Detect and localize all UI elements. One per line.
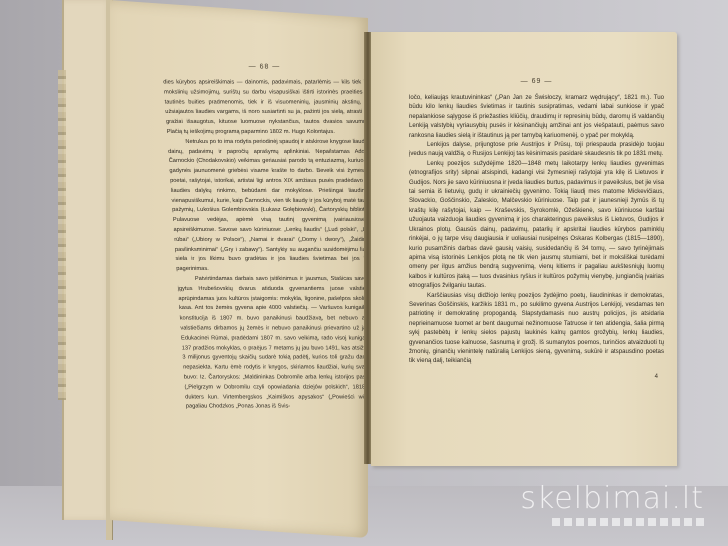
- right-paragraph: Lenkų poezijos sužydėjime 1820—1848 metų…: [409, 159, 664, 291]
- photo-scene: — 68 — dies kūrybos apsireiškimais — dai…: [0, 0, 728, 546]
- left-page-content: — 68 — dies kūrybos apsireiškimais — dai…: [162, 64, 391, 413]
- book-torn-edge: [62, 0, 112, 520]
- watermark-text: skelbimai.lt: [520, 481, 704, 516]
- right-page-number: — 69 —: [409, 78, 664, 85]
- left-paragraph: dies kūrybos apsireiškimais — dainomis, …: [163, 79, 372, 138]
- right-paragraph: Lenkijos dalyse, prijungtose prie Austri…: [409, 140, 664, 159]
- right-paragraph: Karščiausias visų didžiojo lenkų poezijo…: [409, 291, 664, 366]
- right-paragraph: ločo, keliaująs krautuvininkas“ („Pan Ja…: [409, 93, 664, 140]
- right-page: — 69 — ločo, keliaująs krautuvininkas“ (…: [371, 32, 677, 466]
- left-page: — 68 — dies kūrybos apsireiškimais — dai…: [110, 0, 368, 538]
- signature-mark: 4: [409, 374, 664, 380]
- left-paragraph: Patvirtindamas darbais savo įsitikinimus…: [177, 275, 391, 412]
- left-paragraph: Netrukus po to ima rodytis periodinėj sp…: [167, 138, 381, 275]
- right-page-content: — 69 — ločo, keliaująs krautuvininkas“ (…: [409, 78, 664, 380]
- watermark-squares-icon: [520, 518, 704, 526]
- watermark: skelbimai.lt: [520, 481, 704, 526]
- left-page-number: — 68 —: [162, 64, 367, 71]
